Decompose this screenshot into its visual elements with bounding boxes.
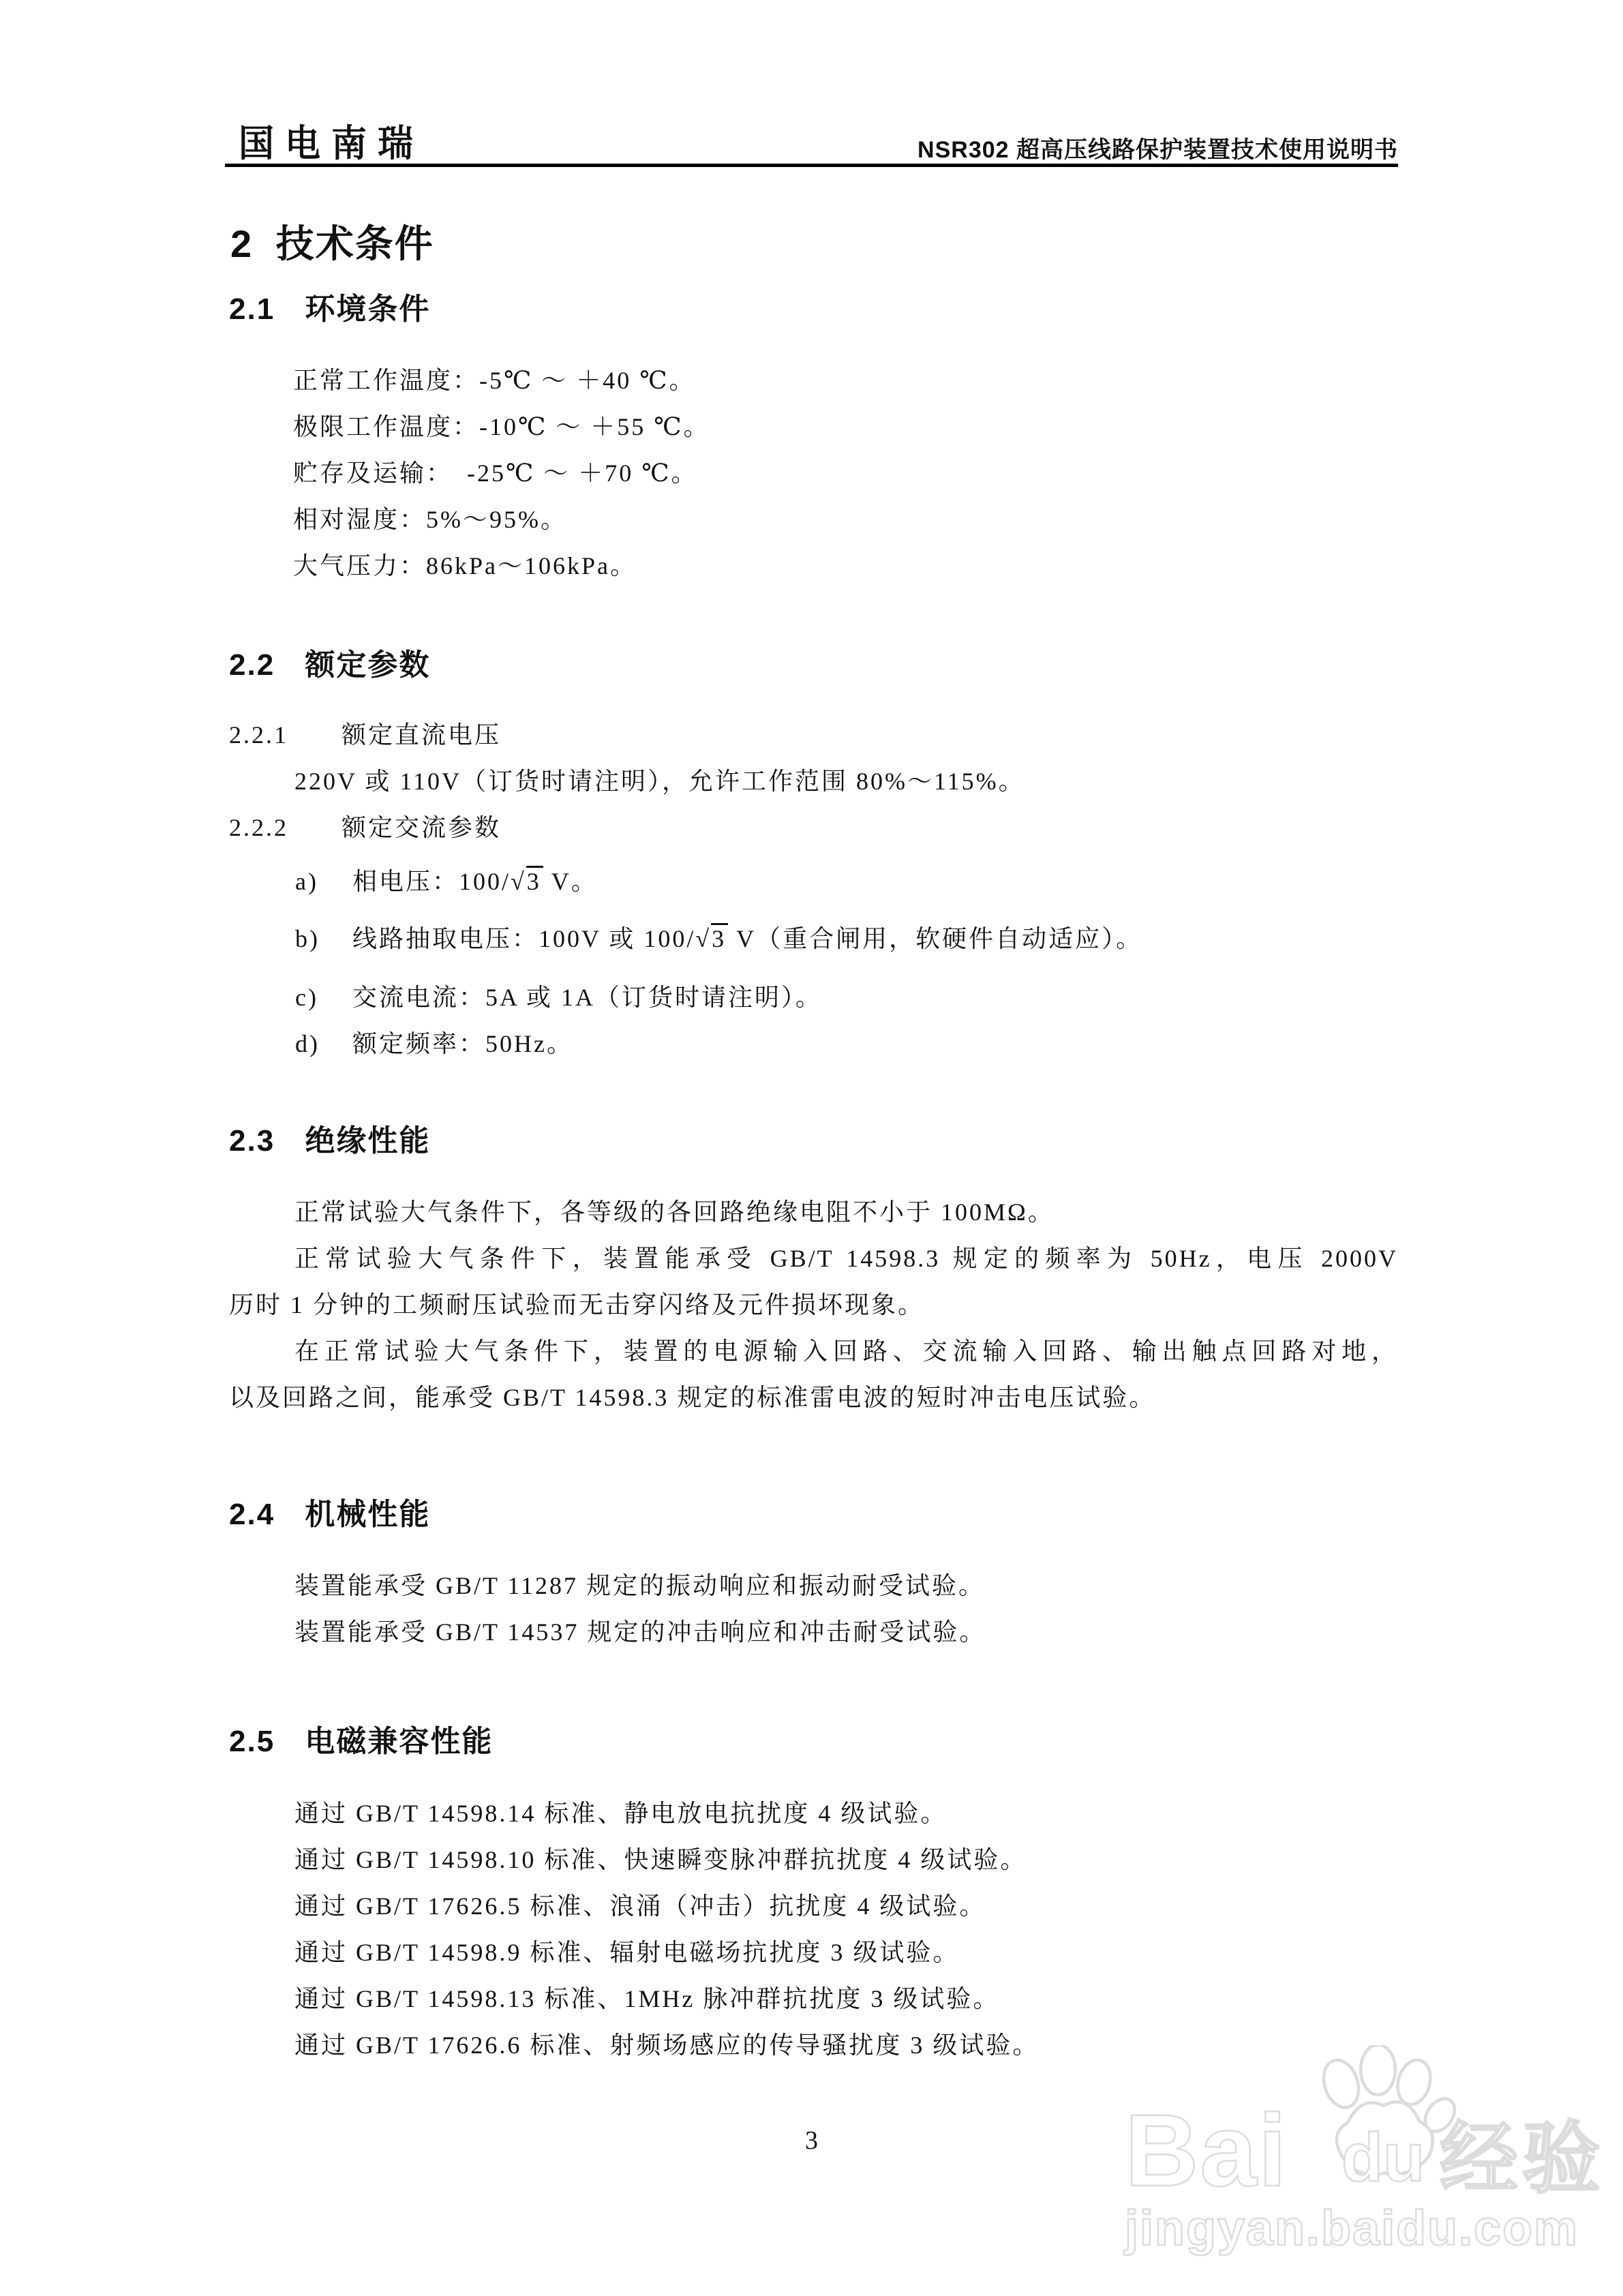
section-2-3-heading: 2.3 绝缘性能 — [229, 1125, 430, 1158]
env-line-1: 正常工作温度：-5℃ ～ ＋40 ℃。 — [229, 357, 1398, 404]
env-line-4: 相对湿度：5%～95%。 — [229, 496, 1398, 543]
env-line-2: 极限工作温度：-10℃ ～ ＋55 ℃。 — [229, 404, 1398, 450]
insulation-line-4: 在正常试验大气条件下，装置的电源输入回路、交流输入回路、输出触点回路对地， — [229, 1328, 1398, 1374]
baidu-jingyan-watermark: Bai du 经验 jingyan.baidu.com — [1097, 2045, 1616, 2277]
section-2-1-body: 正常工作温度：-5℃ ～ ＋40 ℃。 极限工作温度：-10℃ ～ ＋55 ℃。… — [229, 357, 1398, 589]
watermark-url-text: jingyan.baidu.com — [1125, 2201, 1579, 2256]
mech-line-2: 装置能承受 GB/T 14537 规定的冲击响应和冲击耐受试验。 — [229, 1609, 1398, 1655]
spec-item-d: d)额定频率：50Hz。 — [229, 1027, 1398, 1061]
insulation-line-2: 正常试验大气条件下，装置能承受 GB/T 14598.3 规定的频率为 50Hz… — [229, 1235, 1398, 1282]
section-2-1-heading: 2.1 环境条件 — [229, 293, 430, 326]
watermark-bai-text: Bai — [1125, 2091, 1288, 2209]
item-label: a) — [295, 864, 352, 898]
section-2-3-body: 正常试验大气条件下，各等级的各回路绝缘电阻不小于 100MΩ。 正常试验大气条件… — [229, 1189, 1398, 1421]
emc-line-3: 通过 GB/T 17626.5 标准、浪涌（冲击）抗扰度 4 级试验。 — [229, 1883, 1398, 1929]
section-2-2-body: 2.2.1 额定直流电压 220V 或 110V（订货时请注明），允许工作范围 … — [229, 712, 1398, 851]
doc-title: NSR302 超高压线路保护装置技术使用说明书 — [225, 131, 1398, 164]
mech-line-1: 装置能承受 GB/T 11287 规定的振动响应和振动耐受试验。 — [229, 1562, 1398, 1609]
item-text-post: V。 — [543, 868, 598, 895]
item-label: d) — [295, 1027, 352, 1061]
env-line-3: 贮存及运输： -25℃ ～ ＋70 ℃。 — [229, 450, 1398, 496]
sqrt-radicand: 3 — [526, 866, 543, 895]
emc-line-2: 通过 GB/T 14598.10 标准、快速瞬变脉冲群抗扰度 4 级试验。 — [229, 1837, 1398, 1883]
spec-item-b: b)线路抽取电压：100V 或 100/√3 V（重合闸用，软硬件自动适应）。 — [229, 922, 1398, 956]
item-label: b) — [295, 922, 352, 956]
sub-2-2-2: 2.2.2 额定交流参数 — [229, 804, 1398, 851]
item-label: c) — [295, 980, 352, 1014]
emc-line-4: 通过 GB/T 14598.9 标准、辐射电磁场抗扰度 3 级试验。 — [229, 1929, 1398, 1976]
insulation-line-3: 历时 1 分钟的工频耐压试验而无击穿闪络及元件损坏现象。 — [229, 1282, 1398, 1328]
section-2-5-heading: 2.5 电磁兼容性能 — [229, 1725, 493, 1758]
section-2-2-heading: 2.2 额定参数 — [229, 649, 430, 682]
insulation-line-5: 以及回路之间，能承受 GB/T 14598.3 规定的标准雷电波的短时冲击电压试… — [229, 1374, 1398, 1421]
sub-2-2-1: 2.2.1 额定直流电压 — [229, 712, 1398, 758]
emc-line-1: 通过 GB/T 14598.14 标准、静电放电抗扰度 4 级试验。 — [229, 1790, 1398, 1837]
watermark-du-text: du — [1341, 2119, 1425, 2197]
item-text-post: V（重合闸用，软硬件自动适应）。 — [728, 925, 1142, 952]
spec-item-a: a)相电压：100/√3 V。 — [229, 864, 1398, 898]
emc-line-5: 通过 GB/T 14598.13 标准、1MHz 脉冲群抗扰度 3 级试验。 — [229, 1976, 1398, 2022]
item-text: 额定频率：50Hz。 — [352, 1030, 573, 1057]
watermark-jingyan-text: 经验 — [1440, 2096, 1605, 2208]
dc-voltage-line: 220V 或 110V（订货时请注明），允许工作范围 80%～115%。 — [229, 758, 1398, 804]
section-2-4-body: 装置能承受 GB/T 11287 规定的振动响应和振动耐受试验。 装置能承受 G… — [229, 1562, 1398, 1655]
section-2-5-body: 通过 GB/T 14598.14 标准、静电放电抗扰度 4 级试验。 通过 GB… — [229, 1790, 1398, 2068]
spec-item-c: c)交流电流：5A 或 1A（订货时请注明）。 — [229, 980, 1398, 1014]
item-text: 交流电流：5A 或 1A（订货时请注明）。 — [352, 984, 822, 1011]
item-text-pre: 线路抽取电压：100V 或 100/√ — [352, 925, 711, 952]
document-page: 国电南瑞 NSR302 超高压线路保护装置技术使用说明书 2 技术条件 2.1 … — [0, 0, 1623, 2296]
chapter-title: 2 技术条件 — [230, 214, 434, 269]
item-text-pre: 相电压：100/√ — [352, 868, 526, 895]
env-line-5: 大气压力：86kPa～106kPa。 — [229, 543, 1398, 589]
section-2-4-heading: 2.4 机械性能 — [229, 1498, 430, 1531]
header-rule — [225, 164, 1398, 167]
sqrt-radicand: 3 — [711, 923, 728, 952]
insulation-line-1: 正常试验大气条件下，各等级的各回路绝缘电阻不小于 100MΩ。 — [229, 1189, 1398, 1235]
